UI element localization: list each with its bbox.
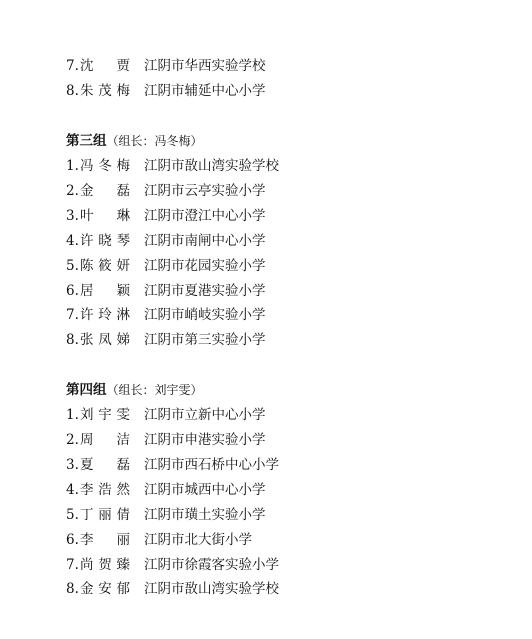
member-name: 冯冬梅 xyxy=(80,156,130,176)
member-name: 居 颖 xyxy=(80,281,130,301)
member-number: 8. xyxy=(66,579,80,599)
member-row: 3.叶 琳江阴市澄江中心小学 xyxy=(66,206,266,226)
member-school: 江阴市南闸中心小学 xyxy=(144,231,266,251)
group-heading: 第四组（组长：刘宇雯） xyxy=(66,380,203,400)
member-school: 江阴市第三实验小学 xyxy=(144,330,266,350)
member-number: 8. xyxy=(66,330,80,350)
member-number: 3. xyxy=(66,206,80,226)
member-row: 2.金 磊江阴市云亭实验小学 xyxy=(66,181,266,201)
member-name: 陈筱妍 xyxy=(80,256,130,276)
member-name: 许玲淋 xyxy=(80,305,130,325)
member-school: 江阴市申港实验小学 xyxy=(144,430,266,450)
member-row: 8.张凤娣江阴市第三实验小学 xyxy=(66,330,266,350)
member-row: 6.李 丽江阴市北大街小学 xyxy=(66,530,252,550)
member-school: 江阴市云亭实验小学 xyxy=(144,181,266,201)
member-row: 1.刘宇雯江阴市立新中心小学 xyxy=(66,405,266,425)
member-name: 金安郁 xyxy=(80,579,130,599)
member-name: 许晓琴 xyxy=(80,231,130,251)
member-number: 6. xyxy=(66,281,80,301)
member-name: 金 磊 xyxy=(80,181,130,201)
member-row: 8.金安郁江阴市敔山湾实验学校 xyxy=(66,579,279,599)
member-name: 朱茂梅 xyxy=(80,81,130,101)
member-school: 江阴市敔山湾实验学校 xyxy=(144,156,279,176)
member-school: 江阴市敔山湾实验学校 xyxy=(144,579,279,599)
member-number: 2. xyxy=(66,181,80,201)
member-number: 1. xyxy=(66,405,80,425)
member-number: 4. xyxy=(66,231,80,251)
member-school: 江阴市辅延中心小学 xyxy=(144,81,266,101)
group-leader: （组长：刘宇雯） xyxy=(107,383,203,397)
member-number: 8. xyxy=(66,81,80,101)
member-school: 江阴市西石桥中心小学 xyxy=(144,455,279,475)
member-name: 夏 磊 xyxy=(80,455,130,475)
member-row: 5.丁丽倩江阴市璜土实验小学 xyxy=(66,505,266,525)
member-row: 7.尚贺臻江阴市徐霞客实验小学 xyxy=(66,555,279,575)
member-name: 张凤娣 xyxy=(80,330,130,350)
member-row: 2.周 洁江阴市申港实验小学 xyxy=(66,430,266,450)
member-school: 江阴市夏港实验小学 xyxy=(144,281,266,301)
member-row: 4.李浩然江阴市城西中心小学 xyxy=(66,480,266,500)
member-name: 刘宇雯 xyxy=(80,405,130,425)
member-row: 6.居 颖江阴市夏港实验小学 xyxy=(66,281,266,301)
member-number: 5. xyxy=(66,256,80,276)
member-school: 江阴市立新中心小学 xyxy=(144,405,266,425)
member-row: 7.沈 贾江阴市华西实验学校 xyxy=(66,56,266,76)
member-school: 江阴市澄江中心小学 xyxy=(144,206,266,226)
group-heading: 第三组（组长：冯冬梅） xyxy=(66,131,203,151)
member-number: 3. xyxy=(66,455,80,475)
member-number: 2. xyxy=(66,430,80,450)
member-row: 1.冯冬梅江阴市敔山湾实验学校 xyxy=(66,156,279,176)
member-number: 7. xyxy=(66,305,80,325)
member-number: 4. xyxy=(66,480,80,500)
member-school: 江阴市峭岐实验小学 xyxy=(144,305,266,325)
member-row: 7.许玲淋江阴市峭岐实验小学 xyxy=(66,305,266,325)
group-title: 第三组 xyxy=(66,133,107,149)
member-row: 8.朱茂梅江阴市辅延中心小学 xyxy=(66,81,266,101)
member-number: 7. xyxy=(66,555,80,575)
member-school: 江阴市花园实验小学 xyxy=(144,256,266,276)
member-school: 江阴市城西中心小学 xyxy=(144,480,266,500)
member-number: 1. xyxy=(66,156,80,176)
group-leader: （组长：冯冬梅） xyxy=(107,134,203,148)
member-name: 周 洁 xyxy=(80,430,130,450)
member-row: 5.陈筱妍江阴市花园实验小学 xyxy=(66,256,266,276)
member-name: 李 丽 xyxy=(80,530,130,550)
member-number: 7. xyxy=(66,56,80,76)
member-school: 江阴市徐霞客实验小学 xyxy=(144,555,279,575)
member-name: 丁丽倩 xyxy=(80,505,130,525)
member-name: 叶 琳 xyxy=(80,206,130,226)
member-name: 沈 贾 xyxy=(80,56,130,76)
member-school: 江阴市璜土实验小学 xyxy=(144,505,266,525)
member-number: 5. xyxy=(66,505,80,525)
member-name: 尚贺臻 xyxy=(80,555,130,575)
member-name: 李浩然 xyxy=(80,480,130,500)
member-school: 江阴市北大街小学 xyxy=(144,530,252,550)
group-title: 第四组 xyxy=(66,382,107,398)
member-row: 3.夏 磊江阴市西石桥中心小学 xyxy=(66,455,279,475)
member-school: 江阴市华西实验学校 xyxy=(144,56,266,76)
member-number: 6. xyxy=(66,530,80,550)
member-row: 4.许晓琴江阴市南闸中心小学 xyxy=(66,231,266,251)
